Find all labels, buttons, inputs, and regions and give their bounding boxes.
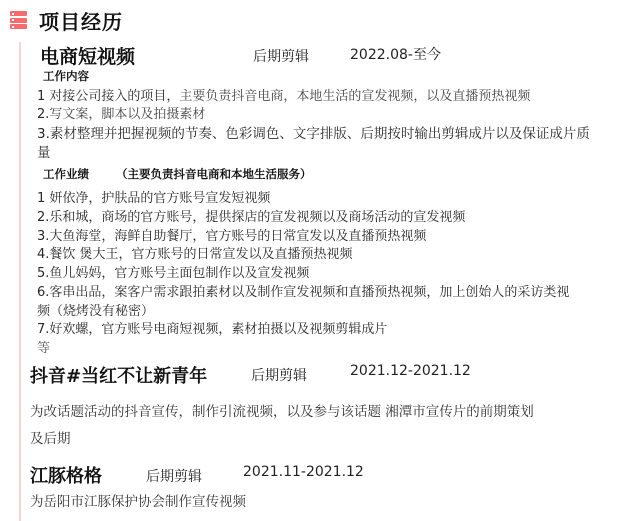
project-name: 江豚格格	[30, 462, 102, 488]
achievement-item: 3.大鱼海堂，海鲜自助餐厅，官方账号的日常宣发以及直播预热视频	[37, 228, 426, 246]
project-role: 后期剪辑	[251, 365, 307, 385]
project-name: 电商短视频	[40, 42, 135, 69]
project-date: 2021.11-2021.12	[243, 464, 364, 480]
section-title: 项目经历	[39, 6, 123, 35]
list-icon	[10, 11, 27, 29]
project-description-line: 为岳阳市江豚保护协会制作宣传视频	[30, 490, 246, 510]
achievement-item: 6.客串出品，案客户需求跟拍素材以及制作宣发视频和直播预热视频，加上创始人的采访…	[37, 284, 569, 302]
achievement-item: 频（烧烤没有秘密）	[37, 303, 154, 321]
work-content-title: 工作内容	[43, 68, 89, 84]
achievement-item: 7.好欢螺，官方账号电商短视频，素材拍摄以及视频剪辑成片	[37, 321, 387, 339]
section-header: 项目经历	[10, 6, 123, 34]
achievement-item: 等	[37, 340, 50, 358]
project-name: 抖音#当红不让新青年	[30, 362, 207, 388]
project-role: 后期剪辑	[146, 466, 202, 486]
project-date: 2021.12-2021.12	[350, 363, 471, 379]
work-content-item: 量	[37, 144, 51, 162]
achievement-item: 1 妍依净，护肤品的官方账号宣发短视频	[37, 190, 270, 208]
project-description-line: 及后期	[30, 427, 71, 447]
achievements-note: （主要负责抖音电商和本地生活服务）	[116, 166, 312, 182]
project-description-line: 为改话题活动的抖音宣传，制作引流视频，以及参与该话题 湘潭市宣传片的前期策划	[30, 400, 534, 420]
timeline-line	[19, 42, 21, 521]
project-role: 后期剪辑	[253, 46, 309, 66]
work-content-item: 3.素材整理并把握视频的节奏、色彩调色、文字排版、后期按时输出剪辑成片以及保证成…	[37, 125, 590, 143]
achievement-item: 2.乐和城，商场的官方账号，提供探店的宣发视频以及商场活动的宣发视频	[37, 209, 465, 227]
work-content-item: 1 对接公司接入的项目，主要负责抖音电商，本地生活的宣发视频，以及直播预热视频	[37, 88, 530, 106]
achievement-item: 4.餐饮 煲大王，官方账号的日常宣发以及直播预热视频	[37, 246, 353, 264]
work-content-item: 2.写文案，脚本以及拍摄素材	[37, 106, 205, 124]
project-date: 2022.08-至今	[350, 44, 441, 64]
achievement-item: 5.鱼儿妈妈，官方账号主面包制作以及宣发视频	[37, 265, 309, 283]
achievements-title: 工作业绩	[43, 166, 89, 182]
